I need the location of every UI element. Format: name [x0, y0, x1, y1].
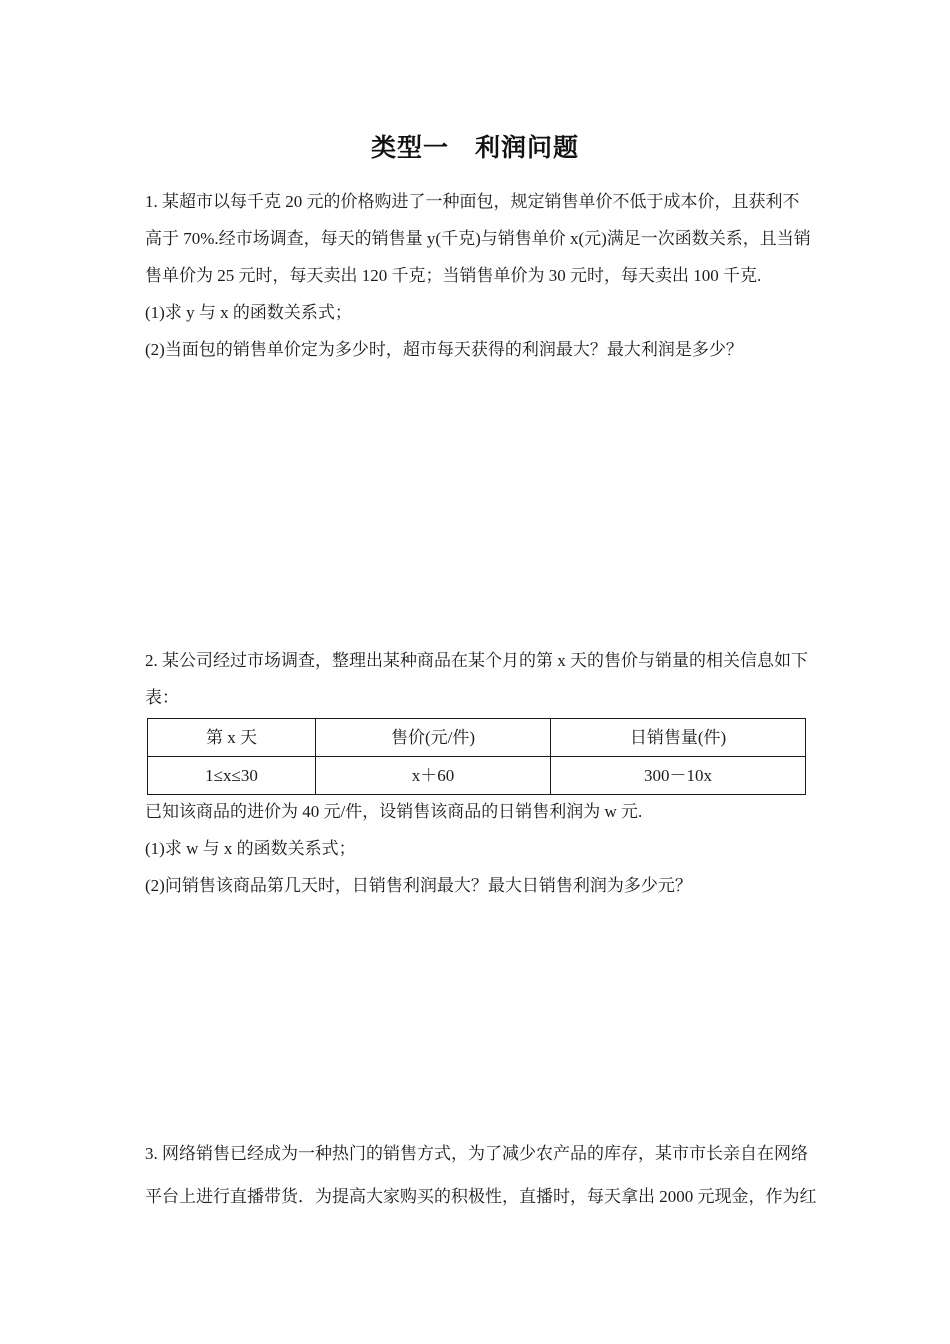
table-data-row: 1≤x≤30 x＋60 300－10x — [148, 757, 806, 795]
problem-1-question-1: (1)求 y 与 x 的函数关系式； — [145, 294, 855, 331]
problem-1-line: 高于 70%.经市场调查，每天的销售量 y(千克)与销售单价 x(元)满足一次函… — [145, 220, 855, 257]
problem-2-after-table: 已知该商品的进价为 40 元/件，设销售该商品的日销售利润为 w 元. (1)求… — [145, 793, 855, 904]
table-header-row: 第 x 天 售价(元/件) 日销售量(件) — [148, 719, 806, 757]
problem-2-line: 已知该商品的进价为 40 元/件，设销售该商品的日销售利润为 w 元. — [145, 793, 855, 830]
problem-2-question-2: (2)问销售该商品第几天时，日销售利润最大？最大日销售利润为多少元？ — [145, 867, 855, 904]
problem-3-line: 平台上进行直播带货．为提高大家购买的积极性，直播时，每天拿出 2000 元现金，… — [145, 1175, 855, 1218]
page-title: 类型一 利润问题 — [0, 128, 950, 164]
problem-3: 3. 网络销售已经成为一种热门的销售方式，为了减少农产品的库存，某市市长亲自在网… — [145, 1132, 855, 1218]
problem-2: 2. 某公司经过市场调查，整理出某种商品在某个月的第 x 天的售价与销量的相关信… — [145, 642, 855, 904]
table-header-day: 第 x 天 — [148, 719, 316, 757]
problem-1-line: 1. 某超市以每千克 20 元的价格购进了一种面包，规定销售单价不低于成本价，且… — [145, 183, 855, 220]
table-cell-price-expr: x＋60 — [316, 757, 551, 795]
problem-1: 1. 某超市以每千克 20 元的价格购进了一种面包，规定销售单价不低于成本价，且… — [145, 183, 855, 368]
worksheet-page: 类型一 利润问题 1. 某超市以每千克 20 元的价格购进了一种面包，规定销售单… — [0, 0, 950, 1344]
problem-3-line: 3. 网络销售已经成为一种热门的销售方式，为了减少农产品的库存，某市市长亲自在网… — [145, 1132, 855, 1175]
table-cell-day-range: 1≤x≤30 — [148, 757, 316, 795]
problem-1-question-2: (2)当面包的销售单价定为多少时，超市每天获得的利润最大？最大利润是多少？ — [145, 331, 855, 368]
table-cell-sales-expr: 300－10x — [551, 757, 806, 795]
price-sales-table: 第 x 天 售价(元/件) 日销售量(件) 1≤x≤30 x＋60 300－10… — [147, 718, 806, 795]
problem-1-line: 售单价为 25 元时，每天卖出 120 千克；当销售单价为 30 元时，每天卖出… — [145, 257, 855, 294]
problem-2-line: 2. 某公司经过市场调查，整理出某种商品在某个月的第 x 天的售价与销量的相关信… — [145, 642, 855, 679]
problem-2-line: 表： — [145, 679, 855, 716]
table-header-daily-sales: 日销售量(件) — [551, 719, 806, 757]
problem-2-question-1: (1)求 w 与 x 的函数关系式； — [145, 830, 855, 867]
table-header-price: 售价(元/件) — [316, 719, 551, 757]
